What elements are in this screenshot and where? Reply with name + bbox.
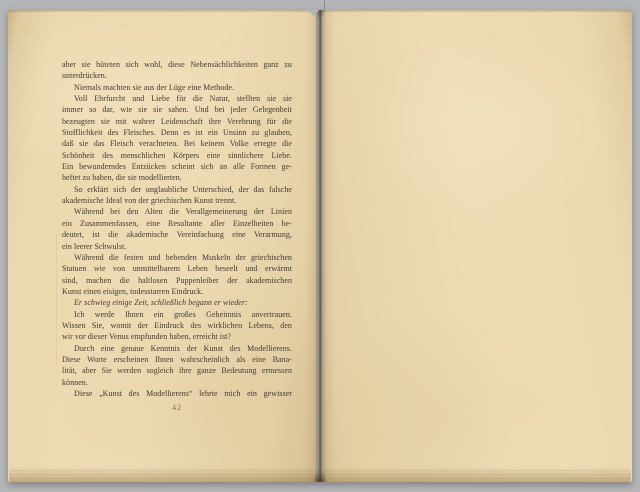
text-line: Diese „Kunst des Modellierens“ lehrte mi… — [62, 388, 292, 399]
text-line: Kunst einen eisigen, todesstarren Eindru… — [62, 286, 292, 297]
photo-background: aber sie hüteten sich wohl, diese Nebens… — [0, 0, 640, 492]
text-line: Ich werde Ihnen ein großes Geheimnis anv… — [62, 309, 292, 320]
text-line: Er schwieg einige Zeit, schließlich bega… — [62, 297, 292, 308]
text-line: Diese Worte erscheinen Ihnen wahrscheinl… — [62, 354, 292, 365]
text-line: deutet, ist die akademische Vereinfachun… — [62, 229, 292, 240]
text-line: sind, machen die haltlosen Puppenleiber … — [62, 275, 292, 286]
text-line: akademische Ideal von der griechischen K… — [62, 195, 292, 206]
text-line: lität, aber Sie werden sogleich ihre gan… — [62, 365, 292, 376]
text-line: Während die festen und bebenden Muskeln … — [62, 252, 292, 263]
text-line: Stofflichkeit des Fleisches. Denn es ist… — [62, 127, 292, 138]
text-line: heftet zu haben, die sie modellierten. — [62, 172, 292, 183]
book-spread: aber sie hüteten sich wohl, diese Nebens… — [8, 10, 632, 482]
right-page: Constant, der in dem Dekorationsatelier … — [322, 10, 632, 482]
text-line: Niemals machten sie aus der Lüge eine Me… — [62, 82, 292, 93]
text-line: immer so dar, wie sie sie sahen. Und bei… — [62, 104, 292, 115]
text-line: Während bei den Alten die Verallgemeiner… — [62, 206, 292, 217]
left-page-text-block: aber sie hüteten sich wohl, diese Nebens… — [62, 59, 292, 399]
bookmark-thread — [324, 0, 325, 11]
text-line: Voll Ehrfurcht und Liebe für die Natur, … — [62, 93, 292, 104]
text-line: So erklärt sich der unglaubliche Untersc… — [62, 184, 292, 195]
left-page: aber sie hüteten sich wohl, diese Nebens… — [8, 10, 316, 482]
text-line: Wissen Sie, womit der Eindruck des wirkl… — [62, 320, 292, 331]
text-line: Durch eine genaue Kenntnis der Kunst des… — [62, 343, 292, 354]
text-line: können. — [62, 377, 292, 388]
text-line: Ein bewunderndes Entzücken scheint sich … — [62, 161, 292, 172]
text-line: ein leerer Schwulst. — [62, 241, 292, 252]
text-line: Statuen wie von unmittelbarem Leben bese… — [62, 263, 292, 274]
left-page-number: 42 — [62, 403, 292, 412]
text-line: unterdrücken. — [62, 70, 292, 81]
text-line: bezeugten sie mit wahrer Leidenschaft ih… — [62, 116, 292, 127]
text-line: aber sie hüteten sich wohl, diese Nebens… — [62, 59, 292, 70]
text-line: ein Zusammenfassen, eine Resultante alle… — [62, 218, 292, 229]
left-page-crease — [56, 235, 57, 365]
text-line: wir vor dieser Venus empfunden haben, er… — [62, 331, 292, 342]
page-bottom-edges — [9, 467, 631, 482]
text-line: Schönheit des menschlichen Körpers eine … — [62, 150, 292, 161]
text-line: daß sie das Fleisch verachteten. Bei kei… — [62, 138, 292, 149]
